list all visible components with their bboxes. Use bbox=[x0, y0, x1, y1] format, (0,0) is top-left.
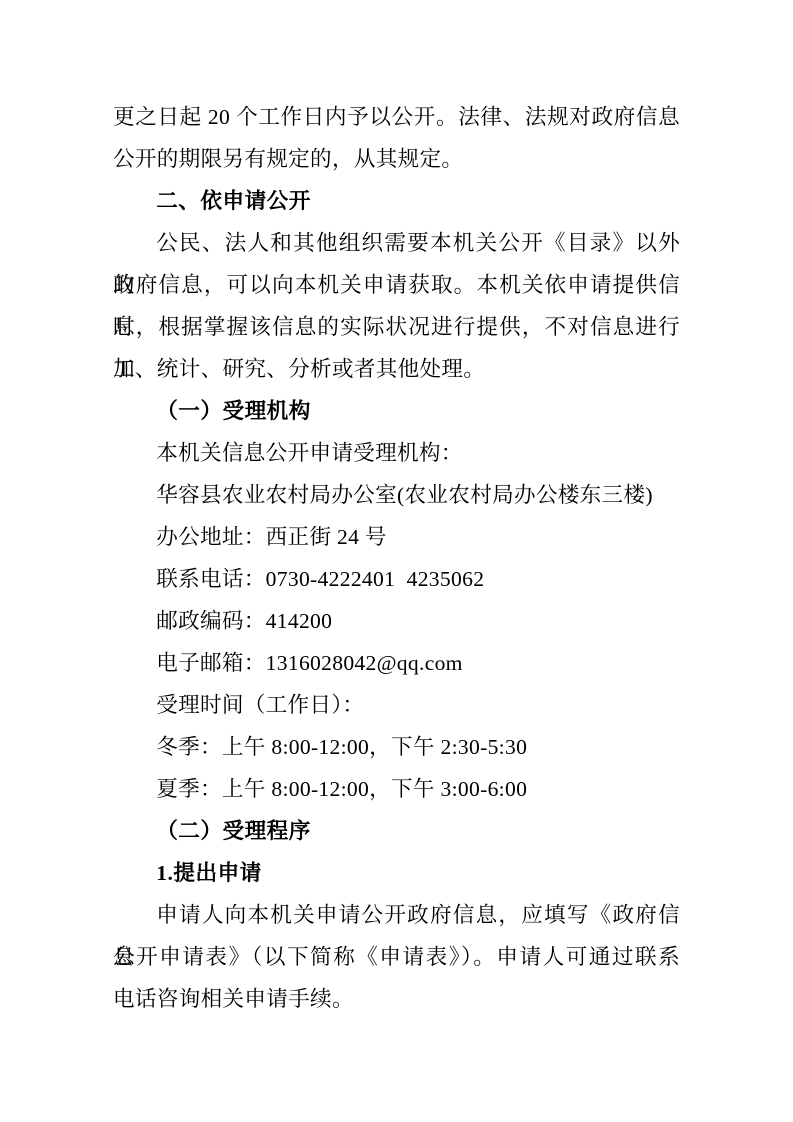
heading-accepting-agency: （一）受理机构 bbox=[113, 390, 680, 432]
para-postal-code: 邮政编码：414200 bbox=[113, 600, 680, 642]
para-office-hours-title: 受理时间（工作日）： bbox=[113, 684, 680, 726]
heading-acceptance-procedure: （二）受理程序 bbox=[113, 810, 680, 852]
heading-on-request-disclosure: 二、依申请公开 bbox=[113, 180, 680, 222]
para-application-instructions: 电话咨询相关申请手续。 bbox=[113, 978, 680, 1020]
para-request-overview: 政府信息，可以向本机关申请获取。本机关依申请提供信息 bbox=[113, 264, 680, 306]
para-disclosure-deadline: 公开的期限另有规定的，从其规定。 bbox=[113, 138, 680, 180]
para-application-instructions: 公开申请表》（以下简称《申请表》）。申请人可通过联系 bbox=[113, 936, 680, 978]
document-body: 更之日起 20 个工作日内予以公开。法律、法规对政府信息公开的期限另有规定的，从… bbox=[113, 96, 680, 1020]
para-disclosure-deadline: 更之日起 20 个工作日内予以公开。法律、法规对政府信息 bbox=[113, 96, 680, 138]
para-request-overview: 工、统计、研究、分析或者其他处理。 bbox=[113, 348, 680, 390]
para-contact-phone: 联系电话：0730-4222401 4235062 bbox=[113, 558, 680, 600]
para-office-hours-winter: 冬季：上午 8:00-12:00，下午 2:30-5:30 bbox=[113, 726, 680, 768]
para-agency-intro: 本机关信息公开申请受理机构： bbox=[113, 432, 680, 474]
para-office-address: 办公地址：西正街 24 号 bbox=[113, 516, 680, 558]
para-agency-name: 华容县农业农村局办公室(农业农村局办公楼东三楼) bbox=[113, 474, 680, 516]
para-request-overview: 公民、法人和其他组织需要本机关公开《目录》以外的 bbox=[113, 222, 680, 264]
para-application-instructions: 申请人向本机关申请公开政府信息，应填写《政府信息 bbox=[113, 894, 680, 936]
para-request-overview: 时，根据掌握该信息的实际状况进行提供，不对信息进行加 bbox=[113, 306, 680, 348]
para-email: 电子邮箱：1316028042@qq.com bbox=[113, 642, 680, 684]
heading-submit-application: 1.提出申请 bbox=[113, 852, 680, 894]
document-page: 更之日起 20 个工作日内予以公开。法律、法规对政府信息公开的期限另有规定的，从… bbox=[0, 0, 793, 1122]
para-office-hours-summer: 夏季：上午 8:00-12:00，下午 3:00-6:00 bbox=[113, 768, 680, 810]
